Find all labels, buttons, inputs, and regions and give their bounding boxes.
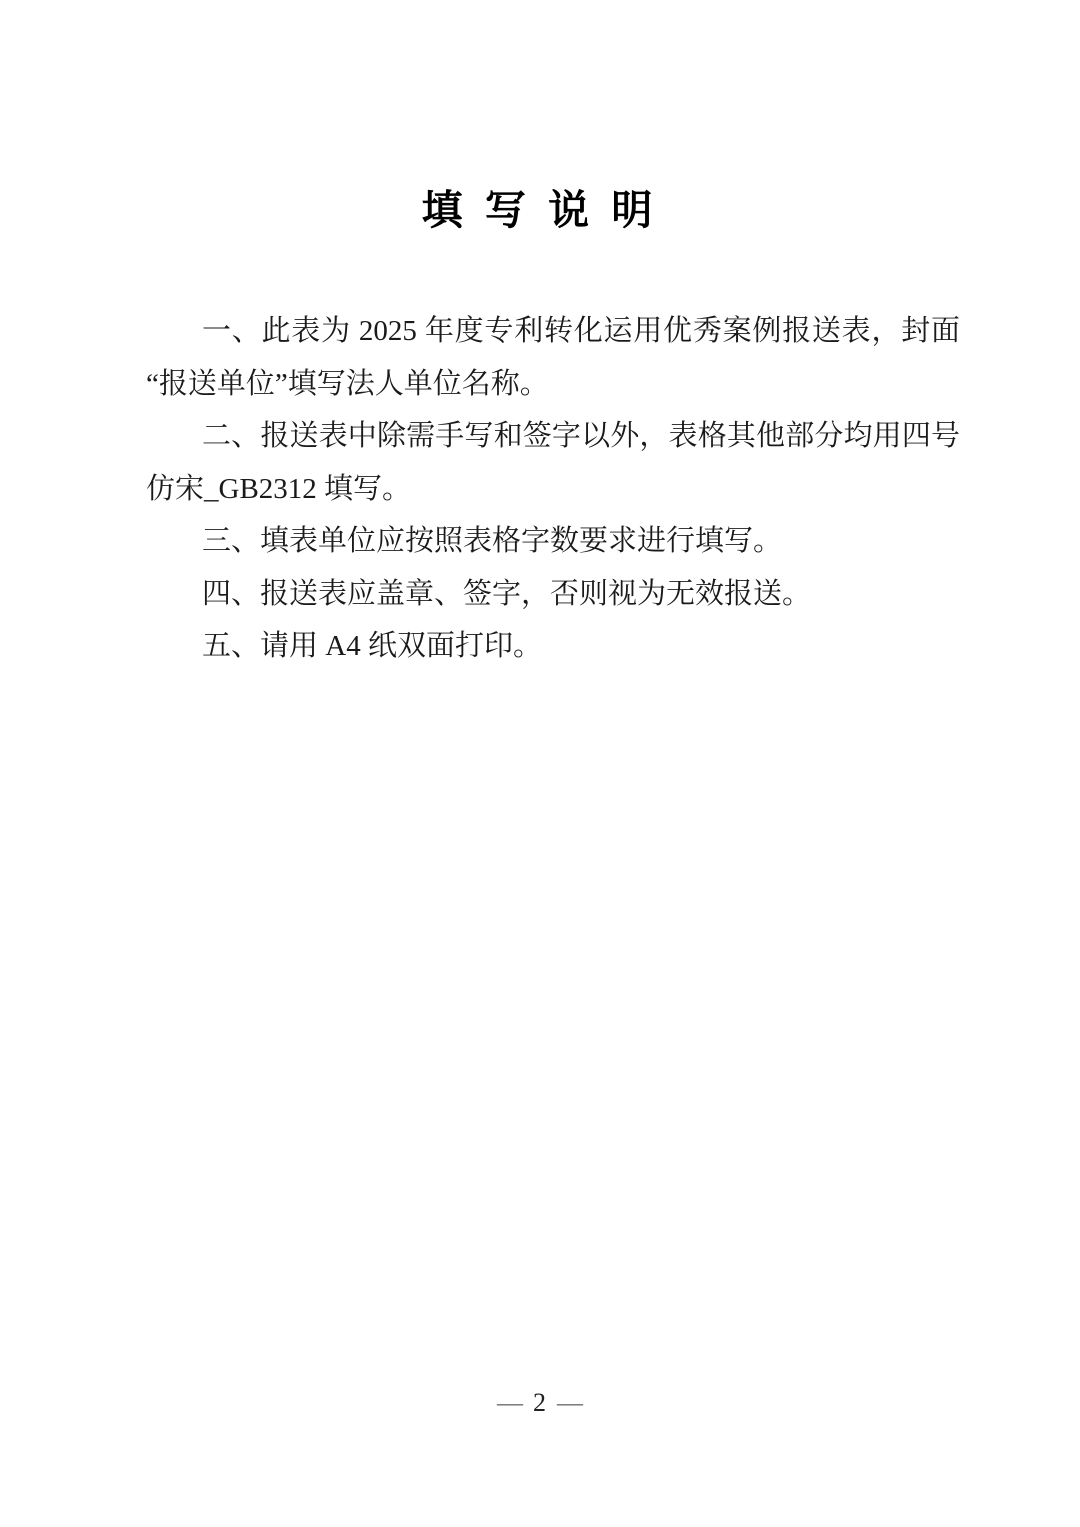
page-title: 填 写 说 明 <box>0 0 1080 235</box>
document-page: 填 写 说 明 一、此表为 2025 年度专利转化运用优秀案例报送表，封面 “报… <box>0 0 1080 1527</box>
page-number: 2 <box>533 1388 547 1417</box>
instruction-paragraph-2: 二、报送表中除需手写和签字以外，表格其他部分均用四号 仿宋_GB2312 填写。 <box>146 410 960 515</box>
paragraph-line: 五、请用 A4 纸双面打印。 <box>146 620 960 673</box>
paragraph-line: 一、此表为 2025 年度专利转化运用优秀案例报送表，封面 <box>146 305 960 358</box>
footer-right-dash: — <box>547 1388 593 1417</box>
instructions-body: 一、此表为 2025 年度专利转化运用优秀案例报送表，封面 “报送单位”填写法人… <box>146 305 960 673</box>
paragraph-line: 仿宋_GB2312 填写。 <box>146 463 960 516</box>
paragraph-line: 三、填表单位应按照表格字数要求进行填写。 <box>146 515 960 568</box>
paragraph-line: 二、报送表中除需手写和签字以外，表格其他部分均用四号 <box>146 410 960 463</box>
paragraph-line: 四、报送表应盖章、签字，否则视为无效报送。 <box>146 568 960 621</box>
instruction-paragraph-1: 一、此表为 2025 年度专利转化运用优秀案例报送表，封面 “报送单位”填写法人… <box>146 305 960 410</box>
footer-left-dash: — <box>487 1388 533 1417</box>
instruction-paragraph-4: 四、报送表应盖章、签字，否则视为无效报送。 <box>146 568 960 621</box>
page-footer: —2— <box>0 1385 1080 1421</box>
instruction-paragraph-3: 三、填表单位应按照表格字数要求进行填写。 <box>146 515 960 568</box>
instruction-paragraph-5: 五、请用 A4 纸双面打印。 <box>146 620 960 673</box>
paragraph-line: “报送单位”填写法人单位名称。 <box>146 358 960 411</box>
